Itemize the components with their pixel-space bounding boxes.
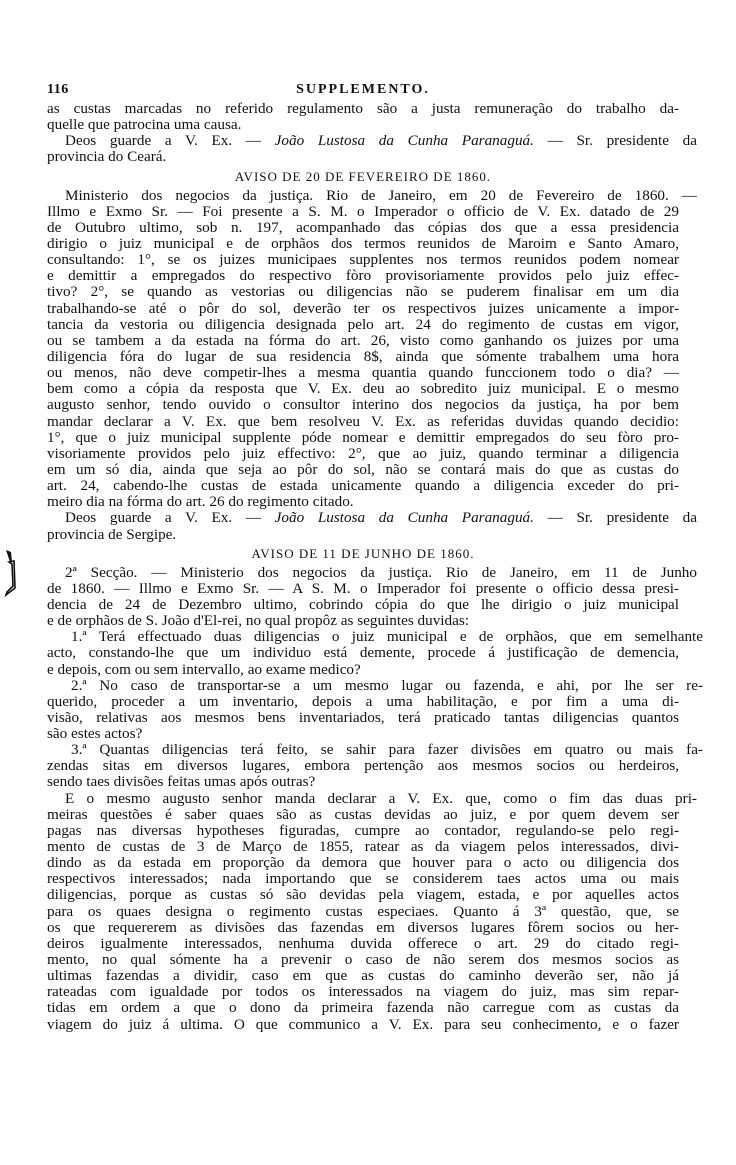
line-text: Deos guarde a V. Ex. — — [65, 509, 275, 526]
line-text: Deos guarde a V. Ex. — — [65, 132, 275, 149]
text-line: as custas marcadas no referido regulamen… — [47, 101, 679, 117]
margin-bracket-mark — [4, 548, 18, 598]
text-line: Deos guarde a V. Ex. — João Lustosa da C… — [47, 510, 697, 526]
text-line: querido, proceder a um inventario, depoi… — [47, 694, 679, 710]
text-line: 2.ª No caso de transportar-se a um mesmo… — [47, 678, 703, 694]
text-line: trabalhando-se até o pôr do sol, deverão… — [47, 301, 679, 317]
text-line: tancia da vestoria ou diligencia designa… — [47, 317, 679, 333]
text-line: provincia de Sergipe. — [47, 527, 679, 543]
text-line: dindo as da estada em proporção da demor… — [47, 855, 679, 871]
text-line: E o mesmo augusto senhor manda declarar … — [47, 791, 697, 807]
text-line: tidas em ordem a que o dono da primeira … — [47, 1000, 679, 1016]
text-line: art. 24, cabendo-lhe custas de estada un… — [47, 478, 679, 494]
text-line: e de orphãos de S. João d'El-rei, no qua… — [47, 613, 679, 629]
text-line: sendo taes divisões feitas umas após out… — [47, 774, 679, 790]
text-line: pagas nas diversas hypotheses figuradas,… — [47, 823, 679, 839]
text-line: visão, relativas aos mesmos bens inventa… — [47, 710, 679, 726]
text-line: ou se tambem a da estada na fórma do art… — [47, 333, 679, 349]
text-line: para os quaes designa o regimento custas… — [47, 904, 679, 920]
text-line: acto, constando-lhe que um individuo est… — [47, 645, 679, 661]
signature-name: João Lustosa da Cunha Paranaguá. — [275, 509, 534, 526]
text-line: ultimas fazendas a dividir, caso em que … — [47, 968, 679, 984]
text-line: quelle que patrocina uma causa. — [47, 117, 679, 133]
text-line: mento, no qual sómente ha a prevenir o c… — [47, 952, 679, 968]
text-line: mento de custas de 3 de Março de 1855, r… — [47, 839, 679, 855]
text-line: são estes actos? — [47, 726, 679, 742]
text-line: em um só dia, ainda que seja ao pôr do s… — [47, 462, 679, 478]
text-line: 3.ª Quantas diligencias terá feito, se s… — [47, 742, 703, 758]
text-line: ou menos, não deve competir-lhes a mesma… — [47, 365, 679, 381]
text-line: bem como a cópia da resposta que V. Ex. … — [47, 381, 679, 397]
text-line: dirigio o juiz municipal e de orphãos do… — [47, 236, 679, 252]
signature-name: João Lustosa da Cunha Paranaguá. — [275, 132, 534, 149]
text-line: meiro dia na fórma do art. 26 do regimen… — [47, 494, 679, 510]
text-line: mandar declarar a V. Ex. que bem resolve… — [47, 414, 679, 430]
text-line: 1.ª Terá effectuado duas diligencias o j… — [47, 629, 703, 645]
section-heading: AVISO DE 11 DE JUNHO DE 1860. — [47, 543, 679, 565]
line-text-tail: — Sr. presidente da — [534, 509, 697, 526]
text-line: diligencia fóra do lugar de sua residenc… — [47, 349, 679, 365]
running-title: SUPPLEMENTO. — [47, 82, 679, 98]
text-line: Illmo e Exmo Sr. — Foi presente a S. M. … — [47, 204, 679, 220]
document-body: as custas marcadas no referido regulamen… — [47, 101, 679, 1033]
text-line: 1°, que o juiz municipal supplente póde … — [47, 430, 679, 446]
text-line: zendas sitas em diversos lugares, embora… — [47, 758, 679, 774]
running-head: 116 SUPPLEMENTO. — [47, 82, 679, 100]
text-line: Ministerio dos negocios da justiça. Rio … — [47, 188, 697, 204]
text-line: de 1860. — Illmo e Exmo Sr. — A S. M. o … — [47, 581, 679, 597]
text-line: diligencias, porque as custas só são dev… — [47, 887, 679, 903]
text-line: visoriamente providos pelo juiz effectiv… — [47, 446, 679, 462]
text-line: e depois, com ou sem intervallo, ao exam… — [47, 662, 679, 678]
text-line: dencia de 24 de Dezembro ultimo, cobrind… — [47, 597, 679, 613]
text-line: tivo? 2°, se quando as vestorias ou dili… — [47, 284, 679, 300]
text-line: provincia do Ceará. — [47, 149, 679, 165]
text-line: augusto senhor, tendo ouvido o consultor… — [47, 397, 679, 413]
text-line: deiros igualmente interessados, nenhuma … — [47, 936, 679, 952]
text-line: os que requererem as divisões das fazend… — [47, 920, 679, 936]
text-line: respectivos interessados; nada importand… — [47, 871, 679, 887]
text-line: consultando: 1°, se os juizes municipaes… — [47, 252, 679, 268]
text-line: rateadas com igualdade por todos os inte… — [47, 984, 679, 1000]
text-line: 2ª Secção. — Ministerio dos negocios da … — [47, 565, 697, 581]
text-line: viagem do juiz á ultima. O que communico… — [47, 1017, 679, 1033]
text-line: de Outubro ultimo, sob n. 197, acompanha… — [47, 220, 679, 236]
line-text-tail: — Sr. presidente da — [534, 132, 697, 149]
text-line: e demittir a empregados do respectivo fò… — [47, 268, 679, 284]
document-page: 116 SUPPLEMENTO. as custas marcadas no r… — [0, 0, 736, 1165]
text-line: Deos guarde a V. Ex. — João Lustosa da C… — [47, 133, 697, 149]
text-line: meiras questões é saber quaes são as cus… — [47, 807, 679, 823]
section-heading: AVISO DE 20 DE FEVEREIRO DE 1860. — [47, 166, 679, 188]
